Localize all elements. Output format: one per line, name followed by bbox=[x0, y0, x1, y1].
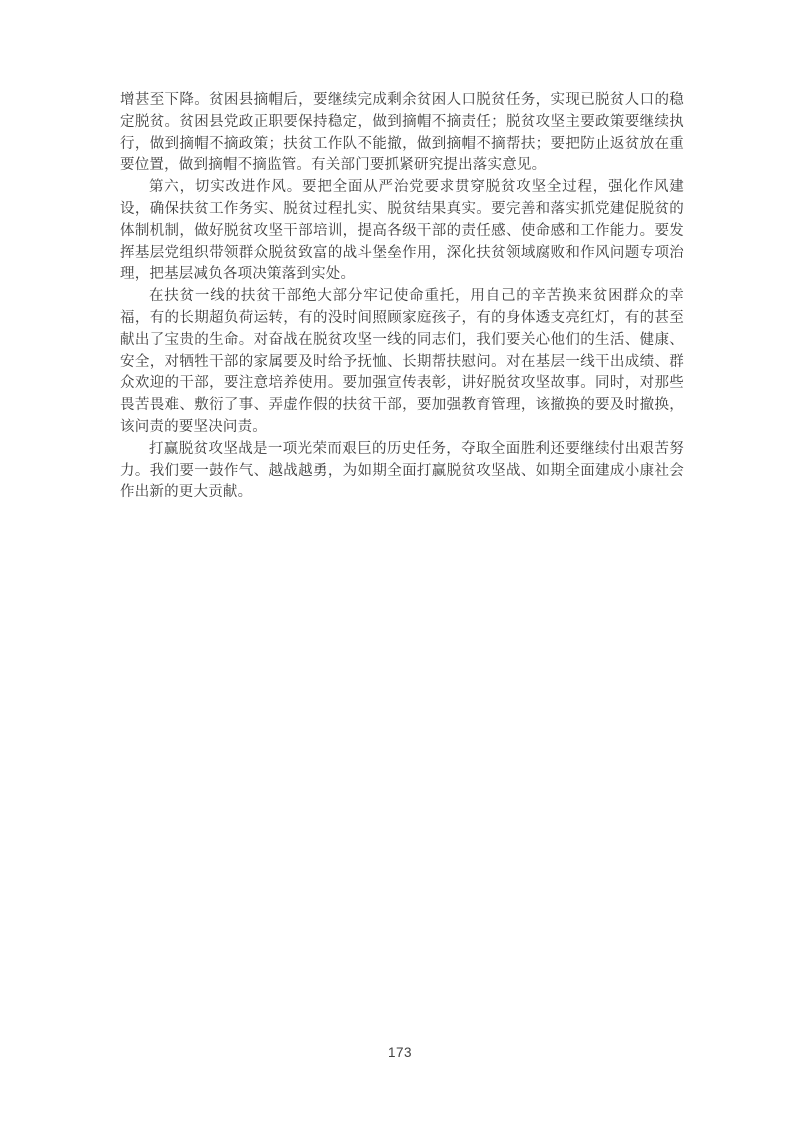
page-number: 173 bbox=[388, 1045, 412, 1060]
body-text-block: 增甚至下降。贫困县摘帽后，要继续完成剩余贫困人口脱贫任务，实现已脱贫人口的稳定脱… bbox=[120, 90, 684, 504]
paragraph-continuation: 增甚至下降。贫困县摘帽后，要继续完成剩余贫困人口脱贫任务，实现已脱贫人口的稳定脱… bbox=[120, 90, 684, 177]
document-page: 增甚至下降。贫困县摘帽后，要继续完成剩余贫困人口脱贫任务，实现已脱贫人口的稳定脱… bbox=[0, 0, 800, 1133]
paragraph-point-six: 第六，切实改进作风。要把全面从严治党要求贯穿脱贫攻坚全过程，强化作风建设，确保扶… bbox=[120, 177, 684, 286]
paragraph-conclusion: 打赢脱贫攻坚战是一项光荣而艰巨的历史任务，夺取全面胜利还要继续付出艰苦努力。我们… bbox=[120, 439, 684, 504]
paragraph-frontline-cadres: 在扶贫一线的扶贫干部绝大部分牢记使命重托，用自己的辛苦换来贫困群众的幸福，有的长… bbox=[120, 286, 684, 439]
page-footer: 173 bbox=[0, 1044, 800, 1062]
